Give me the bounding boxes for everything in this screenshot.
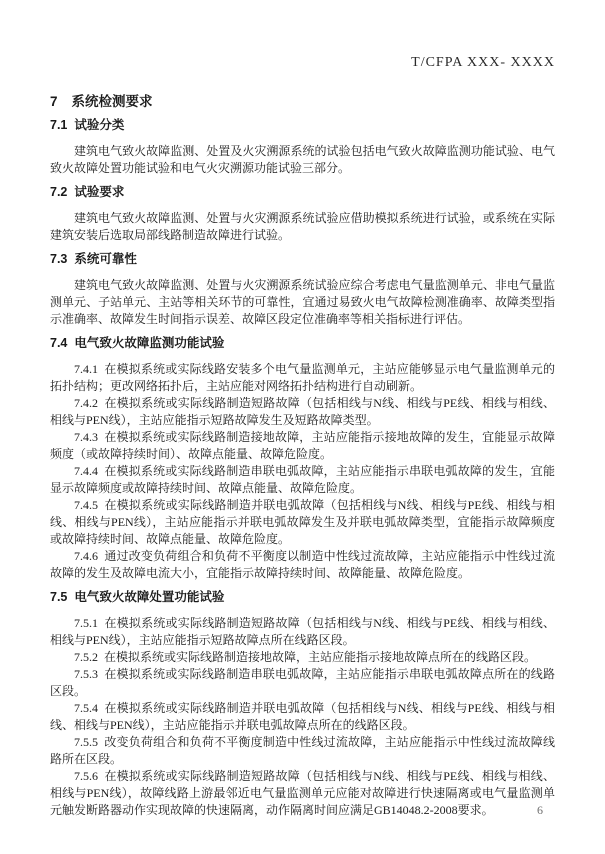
body-paragraph: 建筑电气致火故障监测、处置与火灾溯源系统试验应借助模拟系统进行试验，或系统在实际… [50, 210, 555, 244]
page-number: 6 [537, 803, 543, 818]
chapter-title: 系统检测要求 [72, 94, 153, 109]
clause-paragraph: 7.5.6 在模拟系统或实际线路制造短路故障（包括相线与N线、相线与PE线、相线… [50, 768, 555, 819]
section-number: 7.5 [50, 590, 67, 604]
section-title: 试验分类 [74, 118, 124, 132]
section-number: 7.3 [50, 252, 67, 266]
clause-paragraph: 7.5.1 在模拟系统或实际线路制造短路故障（包括相线与N线、相线与PE线、相线… [50, 615, 555, 649]
clause-paragraph: 7.4.4 在模拟系统或实际线路制造串联电弧故障，主站应能指示串联电弧故障的发生… [50, 463, 555, 497]
clause-paragraph: 7.4.6 通过改变负荷组合和负荷不平衡度以制造中性线过流故障，主站应能指示中性… [50, 548, 555, 582]
section-title: 试验要求 [74, 185, 124, 199]
section-7-5: 7.5电气致火故障处置功能试验 7.5.1 在模拟系统或实际线路制造短路故障（包… [50, 589, 555, 819]
section-heading: 7.3系统可靠性 [50, 251, 555, 268]
chapter-number: 7 [50, 94, 58, 109]
clause-paragraph: 7.5.2 在模拟系统或实际线路制造接地故障，主站应能指示接地故障点所在的线路区… [50, 649, 555, 666]
clause-paragraph: 7.4.2 在模拟系统或实际线路制造短路故障（包括相线与N线、相线与PE线、相线… [50, 395, 555, 429]
section-number: 7.4 [50, 336, 67, 350]
section-heading: 7.5电气致火故障处置功能试验 [50, 589, 555, 606]
section-title: 电气致火故障监测功能试验 [74, 336, 224, 350]
section-title: 系统可靠性 [74, 252, 137, 266]
section-7-4: 7.4电气致火故障监测功能试验 7.4.1 在模拟系统或实际线路安装多个电气量监… [50, 335, 555, 582]
section-heading: 7.1试验分类 [50, 117, 555, 134]
clause-paragraph: 7.4.1 在模拟系统或实际线路安装多个电气量监测单元，主站应能够显示电气量监测… [50, 361, 555, 395]
section-number: 7.2 [50, 185, 67, 199]
clause-paragraph: 7.5.4 在模拟系统或实际线路制造并联电弧故障（包括相线与N线、相线与PE线、… [50, 700, 555, 734]
chapter-heading: 7系统检测要求 [50, 93, 555, 110]
clause-paragraph: 7.4.5 在模拟系统或实际线路制造并联电弧故障（包括相线与N线、相线与PE线、… [50, 497, 555, 548]
section-7-1: 7.1试验分类 建筑电气致火故障监测、处置及火灾溯源系统的试验包括电气致火故障监… [50, 117, 555, 177]
section-title: 电气致火故障处置功能试验 [74, 590, 224, 604]
document-page: T/CFPA XXX- XXXX 7系统检测要求 7.1试验分类 建筑电气致火故… [0, 0, 605, 854]
clause-paragraph: 7.4.3 在模拟系统或实际线路制造接地故障，主站应能指示接地故障的发生，宜能显… [50, 429, 555, 463]
section-number: 7.1 [50, 118, 67, 132]
doc-code-header: T/CFPA XXX- XXXX [50, 54, 555, 71]
section-heading: 7.2试验要求 [50, 184, 555, 201]
section-7-3: 7.3系统可靠性 建筑电气致火故障监测、处置与火灾溯源系统试验应综合考虑电气量监… [50, 251, 555, 328]
clause-paragraph: 7.5.5 改变负荷组合和负荷不平衡度制造中性线过流故障，主站应能指示中性线过流… [50, 734, 555, 768]
section-heading: 7.4电气致火故障监测功能试验 [50, 335, 555, 352]
body-paragraph: 建筑电气致火故障监测、处置与火灾溯源系统试验应综合考虑电气量监测单元、非电气量监… [50, 277, 555, 328]
clause-paragraph: 7.5.3 在模拟系统或实际线路制造串联电弧故障，主站应能指示串联电弧故障点所在… [50, 666, 555, 700]
section-7-2: 7.2试验要求 建筑电气致火故障监测、处置与火灾溯源系统试验应借助模拟系统进行试… [50, 184, 555, 244]
body-paragraph: 建筑电气致火故障监测、处置及火灾溯源系统的试验包括电气致火故障监测功能试验、电气… [50, 143, 555, 177]
